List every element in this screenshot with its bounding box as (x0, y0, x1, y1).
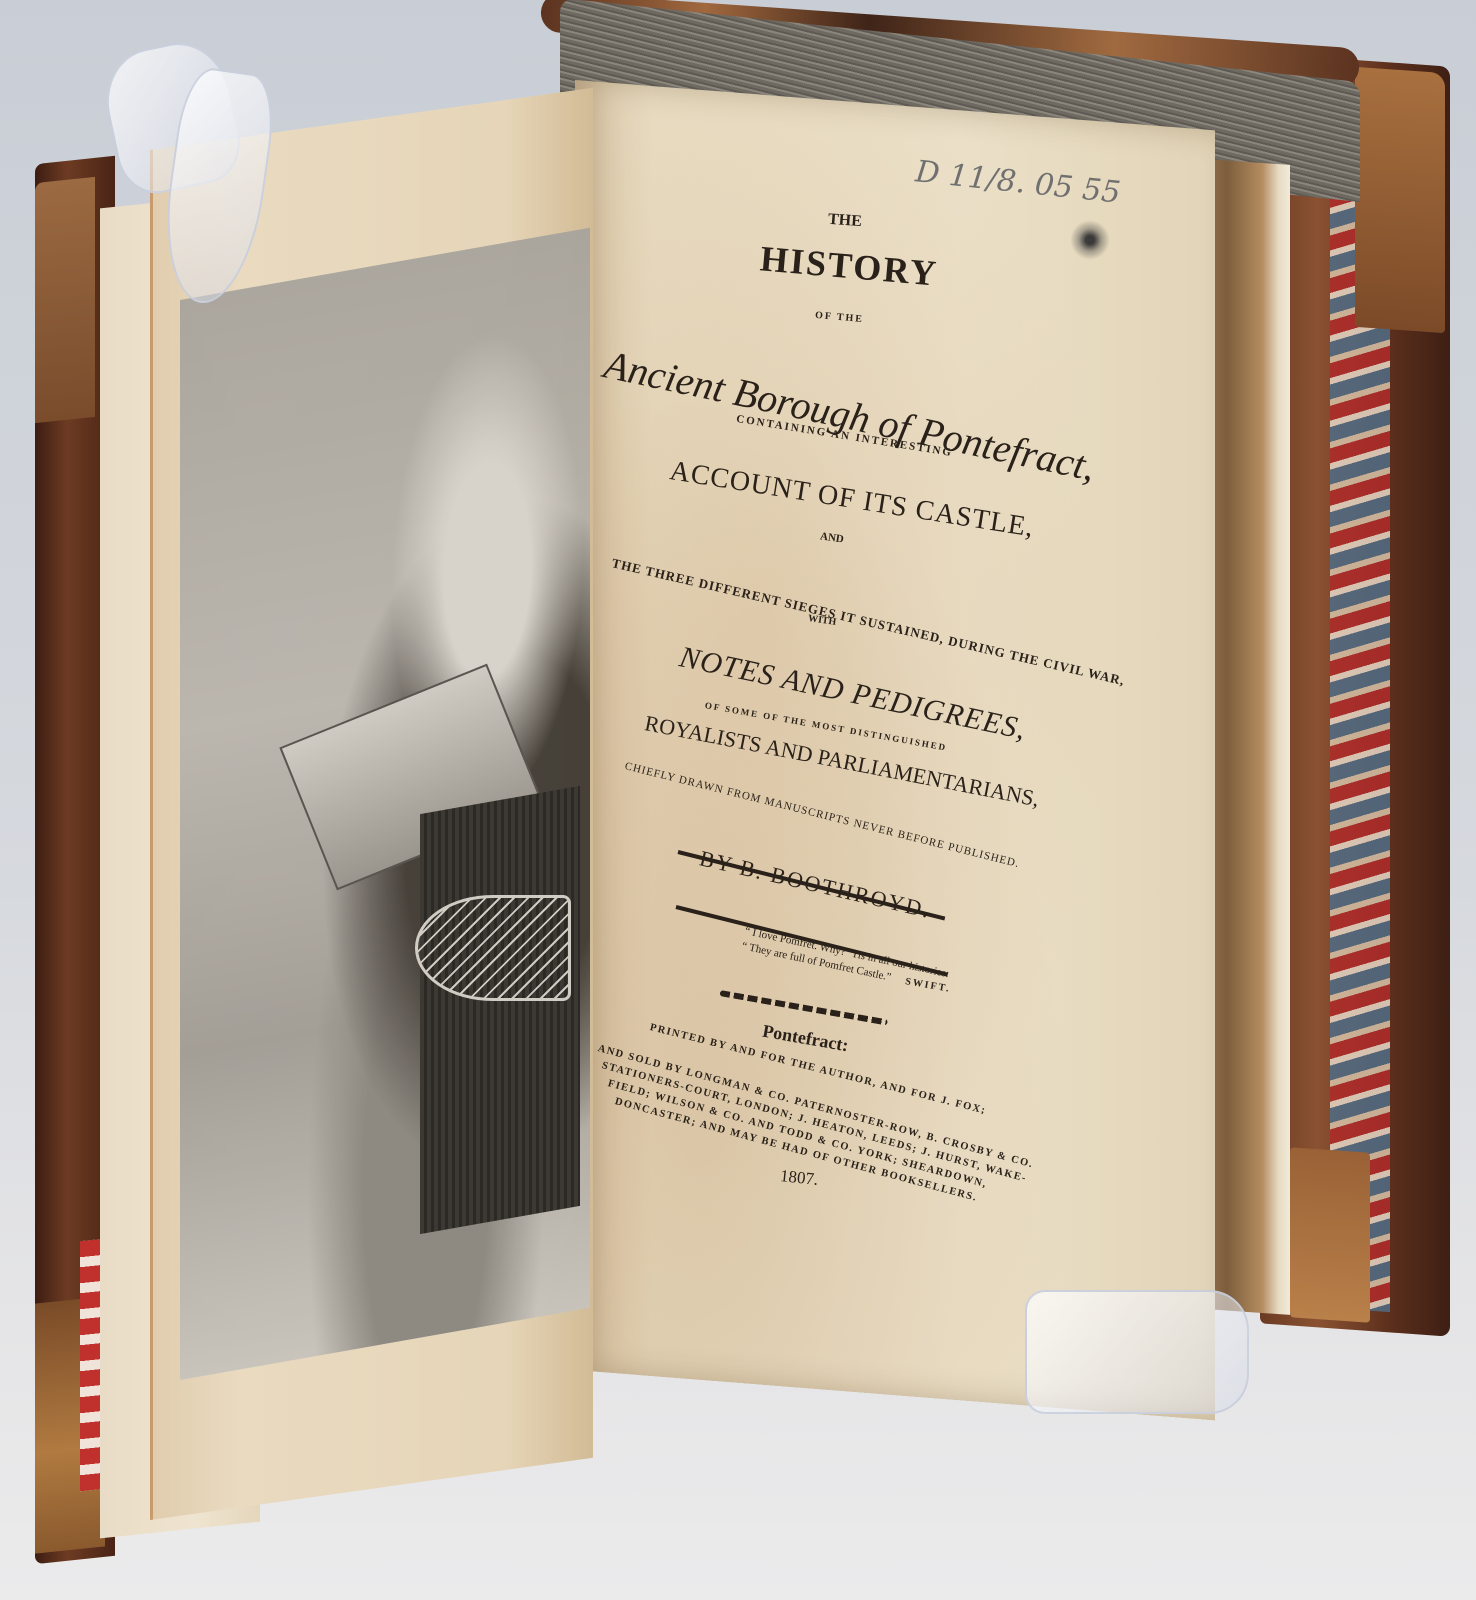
engraving-church-wall (420, 786, 580, 1234)
page-clip-bottom (1025, 1290, 1249, 1414)
engraving-gothic-window (415, 895, 571, 1001)
ink-smudge (1070, 220, 1110, 260)
leather-corner-top-left (35, 177, 95, 423)
imprint-year: 1807. (779, 1166, 819, 1190)
leather-corner-top-right (1355, 67, 1445, 333)
leather-corner-bottom-right (1290, 1147, 1370, 1323)
title-the: THE (827, 211, 862, 231)
